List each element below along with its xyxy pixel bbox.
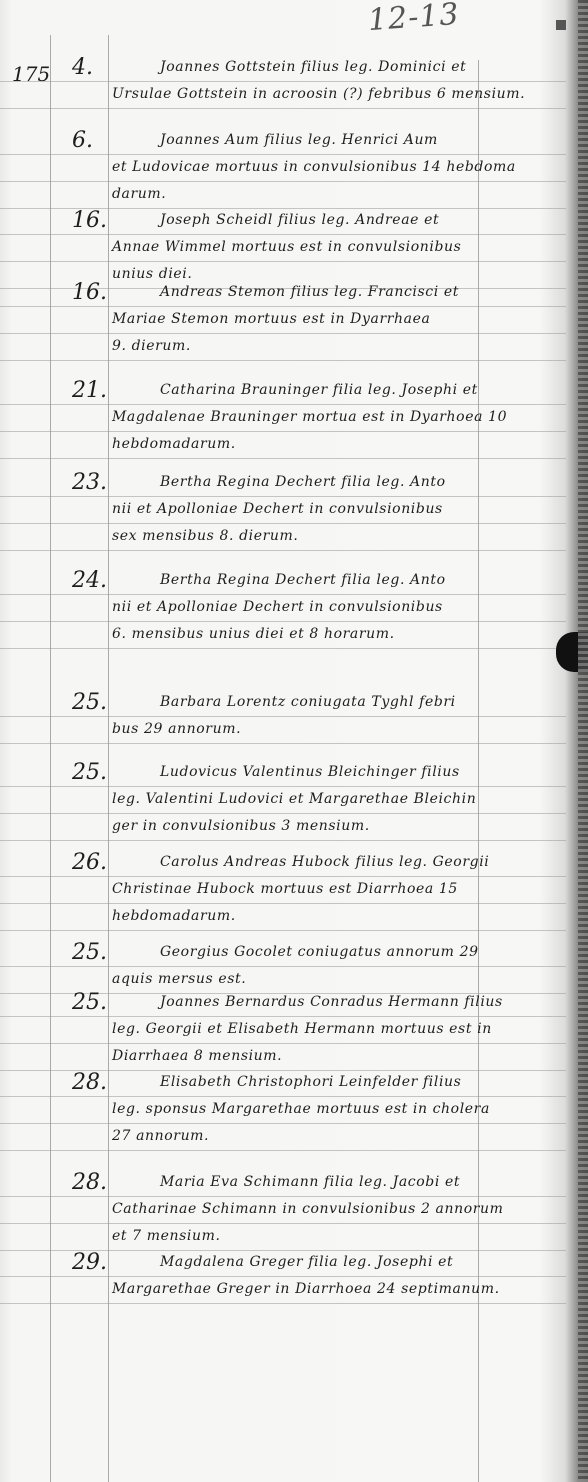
ruled-line xyxy=(0,876,566,877)
entry-text-line: unius diei. xyxy=(112,266,192,282)
ruled-line xyxy=(0,1123,566,1124)
entry-text-line: Maria Eva Schimann filia leg. Jacobi et xyxy=(112,1174,460,1190)
register-page: 12-13 175 4.Joannes Gottstein filius leg… xyxy=(0,0,588,1482)
entry-day: 25. xyxy=(72,690,107,715)
entry-text-line: leg. sponsus Margarethae mortuus est in … xyxy=(112,1101,490,1117)
ruled-line xyxy=(0,648,566,649)
entry-day: 29. xyxy=(72,1250,107,1275)
entry-text-line: hebdomadarum. xyxy=(112,436,236,452)
entry-day: 25. xyxy=(72,940,107,965)
ruled-line xyxy=(0,966,566,967)
entry-day: 28. xyxy=(72,1070,107,1095)
entry-text-line: Diarrhaea 8 mensium. xyxy=(112,1048,282,1064)
entry-text-line: 27 annorum. xyxy=(112,1128,209,1144)
entry-text-line: Christinae Hubock mortuus est Diarrhoea … xyxy=(112,881,458,897)
entry-text-line: leg. Georgii et Elisabeth Hermann mortuu… xyxy=(112,1021,492,1037)
ruled-line xyxy=(0,930,566,931)
entry-text-line: et Ludovicae mortuus in convulsionibus 1… xyxy=(112,159,516,175)
ruled-line xyxy=(0,786,566,787)
ruled-line xyxy=(0,154,566,155)
entry-text-line: 9. dierum. xyxy=(112,338,191,354)
entry-text-line: nii et Apolloniae Dechert in convulsioni… xyxy=(112,501,443,517)
column-rule xyxy=(50,35,51,1482)
entry-day: 26. xyxy=(72,850,107,875)
entry-text-line: Annae Wimmel mortuus est in convulsionib… xyxy=(112,239,461,255)
entry-text-line: Ludovicus Valentinus Bleichinger filius xyxy=(112,764,460,780)
ruled-line xyxy=(0,813,566,814)
entry-text-line: Elisabeth Christophori Leinfelder filius xyxy=(112,1074,461,1090)
entry-text-line: Catharinae Schimann in convulsionibus 2 … xyxy=(112,1201,504,1217)
ruled-line xyxy=(0,743,566,744)
ruled-line xyxy=(0,496,566,497)
entry-day: 23. xyxy=(72,470,107,495)
folio-number: 12-13 xyxy=(367,0,461,38)
ruled-line xyxy=(0,333,566,334)
ruled-line xyxy=(0,108,566,109)
entry-text-line: Magdalena Greger filia leg. Josephi et xyxy=(112,1254,453,1270)
entry-text-line: Andreas Stemon filius leg. Francisci et xyxy=(112,284,459,300)
ruled-line xyxy=(0,404,566,405)
column-rule xyxy=(108,35,109,1482)
entry-text-line: sex mensibus 8. dierum. xyxy=(112,528,298,544)
ruled-line xyxy=(0,261,566,262)
entry-text-line: Joannes Gottstein filius leg. Dominici e… xyxy=(112,59,466,75)
ruled-line xyxy=(0,550,566,551)
entry-text-line: Mariae Stemon mortuus est in Dyarrhaea xyxy=(112,311,430,327)
binding-edge xyxy=(578,0,588,1482)
ruled-line xyxy=(0,234,566,235)
entry-text-line: Bertha Regina Dechert filia leg. Anto xyxy=(112,572,446,588)
entry-day: 25. xyxy=(72,990,107,1015)
entry-text-line: Margarethae Greger in Diarrhoea 24 septi… xyxy=(112,1281,500,1297)
ruled-line xyxy=(0,1150,566,1151)
entry-text-line: Bertha Regina Dechert filia leg. Anto xyxy=(112,474,446,490)
entry-text-line: Joannes Aum filius leg. Henrici Aum xyxy=(112,132,438,148)
ruled-line xyxy=(0,360,566,361)
entry-text-line: darum. xyxy=(112,186,166,202)
column-rule xyxy=(478,60,479,1482)
entry-text-line: hebdomadarum. xyxy=(112,908,236,924)
ruled-line xyxy=(0,1096,566,1097)
entry-day: 25. xyxy=(72,760,107,785)
ruled-line xyxy=(0,840,566,841)
entry-text-line: nii et Apolloniae Dechert in convulsioni… xyxy=(112,599,443,615)
ruled-line xyxy=(0,1276,566,1277)
register-number: 175 xyxy=(12,62,50,86)
corner-mark xyxy=(556,20,566,30)
entry-day: 28. xyxy=(72,1170,107,1195)
ruled-line xyxy=(0,431,566,432)
entry-text-line: aquis mersus est. xyxy=(112,971,246,987)
ruled-line xyxy=(0,1303,566,1304)
ruled-line xyxy=(0,81,566,82)
entry-text-line: bus 29 annorum. xyxy=(112,721,241,737)
entry-text-line: leg. Valentini Ludovici et Margarethae B… xyxy=(112,791,476,807)
ruled-line xyxy=(0,181,566,182)
entry-text-line: Carolus Andreas Hubock filius leg. Georg… xyxy=(112,854,489,870)
ruled-line xyxy=(0,903,566,904)
entry-text-line: Barbara Lorentz coniugata Tyghl febri xyxy=(112,694,456,710)
entry-text-line: Georgius Gocolet coniugatus annorum 29 xyxy=(112,944,479,960)
entry-text-line: Magdalenae Brauninger mortua est in Dyar… xyxy=(112,409,507,425)
ruled-line xyxy=(0,1016,566,1017)
entry-day: 24. xyxy=(72,568,107,593)
entry-text-line: Ursulae Gottstein in acroosin (?) febrib… xyxy=(112,86,525,102)
entry-text-line: ger in convulsionibus 3 mensium. xyxy=(112,818,370,834)
ruled-line xyxy=(0,523,566,524)
ruled-line xyxy=(0,1043,566,1044)
ruled-line xyxy=(0,458,566,459)
entry-day: 4. xyxy=(72,55,93,80)
entry-day: 16. xyxy=(72,280,107,305)
ruled-line xyxy=(0,1196,566,1197)
entry-text-line: 6. mensibus unius diei et 8 horarum. xyxy=(112,626,395,642)
ruled-line xyxy=(0,621,566,622)
entry-text-line: et 7 mensium. xyxy=(112,1228,221,1244)
entry-day: 16. xyxy=(72,208,107,233)
entry-text-line: Joseph Scheidl filius leg. Andreae et xyxy=(112,212,439,228)
ruled-line xyxy=(0,594,566,595)
ruled-line xyxy=(0,1223,566,1224)
entry-day: 6. xyxy=(72,128,93,153)
ruled-line xyxy=(0,306,566,307)
entry-day: 21. xyxy=(72,378,107,403)
entry-text-line: Joannes Bernardus Conradus Hermann filiu… xyxy=(112,994,503,1010)
ruled-line xyxy=(0,716,566,717)
entry-text-line: Catharina Brauninger filia leg. Josephi … xyxy=(112,382,478,398)
